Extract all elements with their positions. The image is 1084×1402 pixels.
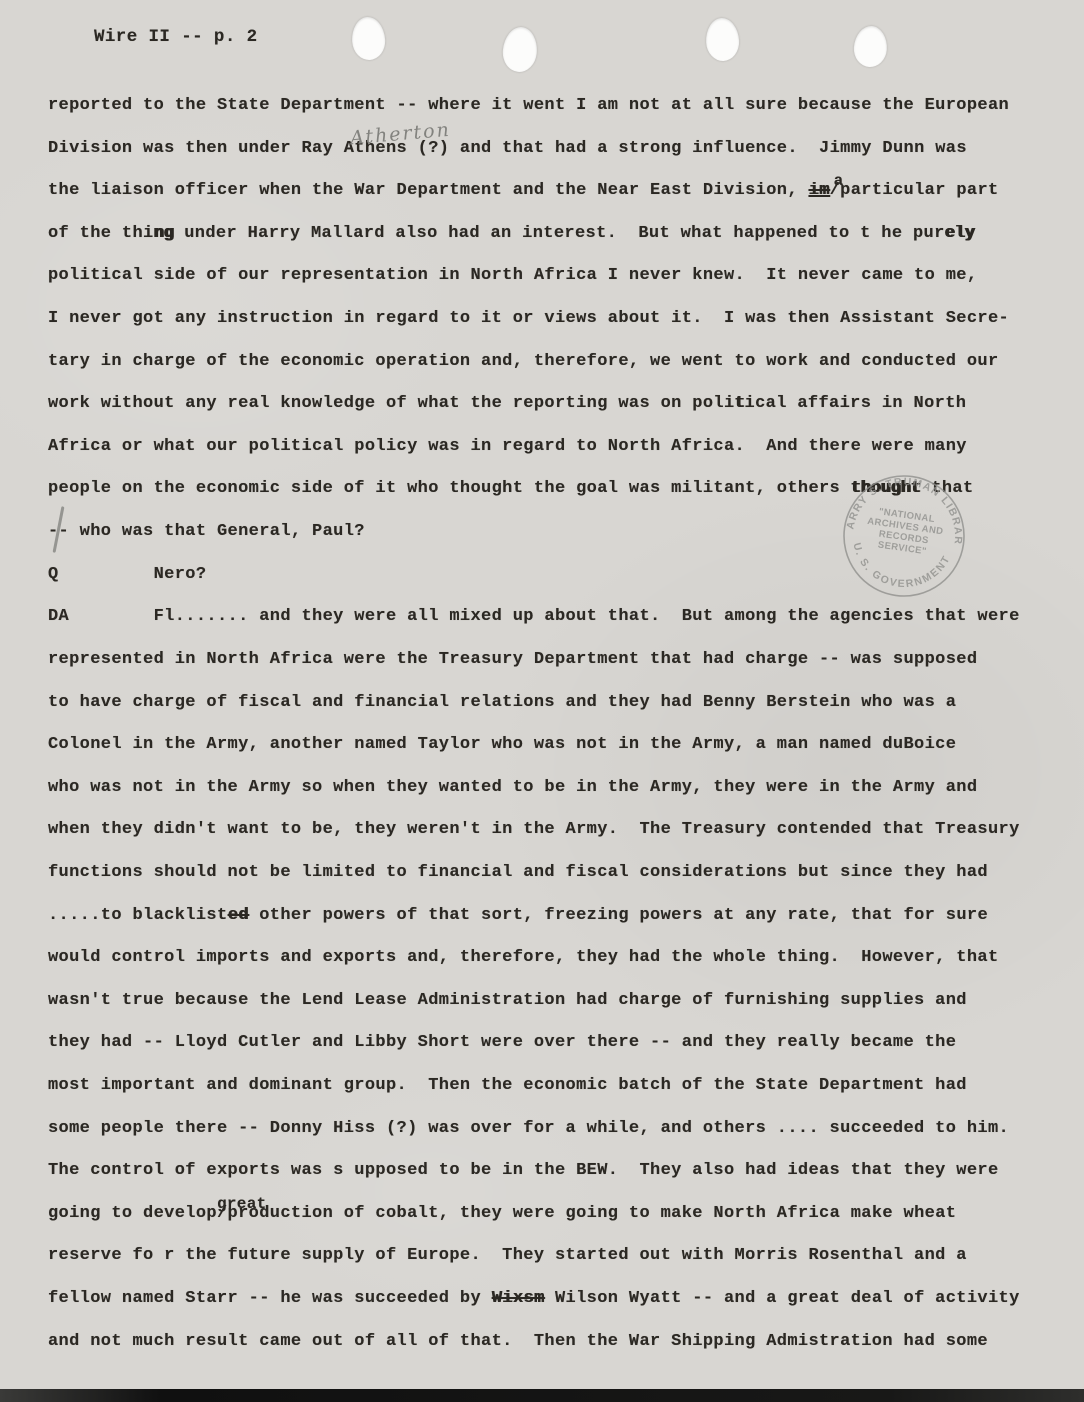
text-line: fellow named Starr -- he was succeeded b… — [48, 1278, 1058, 1321]
text-segment: Africa or what our political policy was … — [48, 437, 967, 456]
text-segment: and not much result came out of all of t… — [48, 1332, 988, 1351]
text-segment: ical affairs in North — [745, 394, 967, 413]
text-segment: ely — [945, 224, 975, 243]
archive-stamp: HARRY S. TRUMAN LIBRARY U. S. GOVERNMENT… — [830, 462, 978, 610]
text-segment: Q Nero? — [48, 565, 206, 584]
text-segment: I never got any instruction in regard to… — [48, 309, 1009, 328]
text-segment: represented in North Africa were the Tre… — [48, 650, 977, 669]
text-line: wasn't true because the Lend Lease Admin… — [48, 980, 1058, 1023]
text-segment: who was not in the Army so when they wan… — [48, 778, 977, 797]
text-line: reported to the State Department -- wher… — [48, 85, 1058, 128]
text-segment: Athens (?)Atherton — [344, 139, 450, 158]
text-line: political side of our representation in … — [48, 255, 1058, 298]
text-line: and not much result came out of all of t… — [48, 1321, 1058, 1364]
text-line: who was not in the Army so when they wan… — [48, 767, 1058, 810]
text-line: most important and dominant group. Then … — [48, 1065, 1058, 1108]
text-line: The control of exports was s upposed to … — [48, 1150, 1058, 1193]
text-line: some people there -- Donny Hiss (?) was … — [48, 1108, 1058, 1151]
text-line: to have charge of fiscal and financial r… — [48, 682, 1058, 725]
text-segment: work without any real knowledge of what … — [48, 394, 735, 413]
text-line: Colonel in the Army, another named Taylo… — [48, 724, 1058, 767]
text-segment: t — [735, 394, 745, 413]
text-segment: would control imports and exports and, t… — [48, 948, 999, 967]
punch-hole — [351, 16, 387, 61]
text-segment: Division was then under Ray — [48, 139, 344, 158]
text-line: Division was then under Ray Athens (?)At… — [48, 128, 1058, 171]
text-line: they had -- Lloyd Cutler and Libby Short… — [48, 1022, 1058, 1065]
text-line: going to develop/production of cobalt, t… — [48, 1193, 1058, 1236]
scanned-document: { "document": { "header": "Wire II -- p.… — [0, 0, 1084, 1402]
text-segment: Wilson Wyatt -- and a great deal of acti… — [544, 1289, 1019, 1308]
text-segment: ng — [154, 224, 174, 243]
text-line: reserve fo r the future supply of Europe… — [48, 1235, 1058, 1278]
text-segment: ed — [228, 906, 249, 925]
text-segment: under Harry Mallard also had an interest… — [174, 224, 945, 243]
text-segment: of the thi — [48, 224, 154, 243]
text-line: would control imports and exports and, t… — [48, 937, 1058, 980]
text-segment: /particular parta — [830, 181, 999, 200]
typed-insertion: a — [834, 160, 844, 203]
text-line: .....to blacklisted other powers of that… — [48, 895, 1058, 938]
text-line: I never got any instruction in regard to… — [48, 298, 1058, 341]
scan-edge-bar — [0, 1389, 1084, 1402]
text-segment: they had -- Lloyd Cutler and Libby Short… — [48, 1033, 956, 1052]
text-segment: Wixsm — [492, 1289, 545, 1308]
document-body: reported to the State Department -- wher… — [48, 85, 1058, 1363]
text-segment: who was that General, Paul? — [69, 522, 365, 541]
text-segment: wasn't true because the Lend Lease Admin… — [48, 991, 967, 1010]
text-segment: reserve fo r the future supply of Europe… — [48, 1246, 967, 1265]
text-segment: functions should not be limited to finan… — [48, 863, 988, 882]
text-segment: reported to the State Department -- wher… — [48, 96, 1009, 115]
text-segment: tary in charge of the economic operation… — [48, 352, 999, 371]
text-segment: when they didn't want to be, they weren'… — [48, 820, 1020, 839]
text-segment: to have charge of fiscal and financial r… — [48, 693, 956, 712]
punch-hole — [501, 26, 539, 74]
text-line: when they didn't want to be, they weren'… — [48, 809, 1058, 852]
punch-hole — [853, 25, 889, 68]
handwritten-annotation: Atherton — [348, 108, 452, 159]
text-segment: and that had a strong influence. Jimmy D… — [449, 139, 967, 158]
text-segment: DA Fl....... and they were all mixed up … — [48, 607, 1020, 626]
text-segment: people on the economic side of it who th… — [48, 479, 851, 498]
text-segment: most important and dominant group. Then … — [48, 1076, 967, 1095]
text-segment: Colonel in the Army, another named Taylo… — [48, 735, 956, 754]
typed-insertion: great — [217, 1183, 267, 1226]
text-segment: /production of cobalt, they were going t… — [217, 1204, 956, 1223]
text-line: the liaison officer when the War Departm… — [48, 170, 1058, 213]
text-segment: other powers of that sort, freezing powe… — [249, 906, 988, 925]
punch-hole — [705, 17, 740, 62]
text-line: represented in North Africa were the Tre… — [48, 639, 1058, 682]
text-segment: fellow named Starr -- he was succeeded b… — [48, 1289, 492, 1308]
text-line: tary in charge of the economic operation… — [48, 341, 1058, 384]
page-header: Wire II -- p. 2 — [94, 27, 258, 47]
text-segment: .....to blacklist — [48, 906, 228, 925]
text-segment: going to develop — [48, 1204, 217, 1223]
text-line: functions should not be limited to finan… — [48, 852, 1058, 895]
text-segment: im — [808, 181, 829, 200]
text-line: of the thing under Harry Mallard also ha… — [48, 213, 1058, 256]
text-segment: political side of our representation in … — [48, 266, 977, 285]
text-segment: some people there -- Donny Hiss (?) was … — [48, 1119, 1009, 1138]
text-segment: the liaison officer when the War Departm… — [48, 181, 808, 200]
text-line: work without any real knowledge of what … — [48, 383, 1058, 426]
text-segment: -- — [48, 522, 69, 541]
text-segment: The control of exports was s upposed to … — [48, 1161, 999, 1180]
